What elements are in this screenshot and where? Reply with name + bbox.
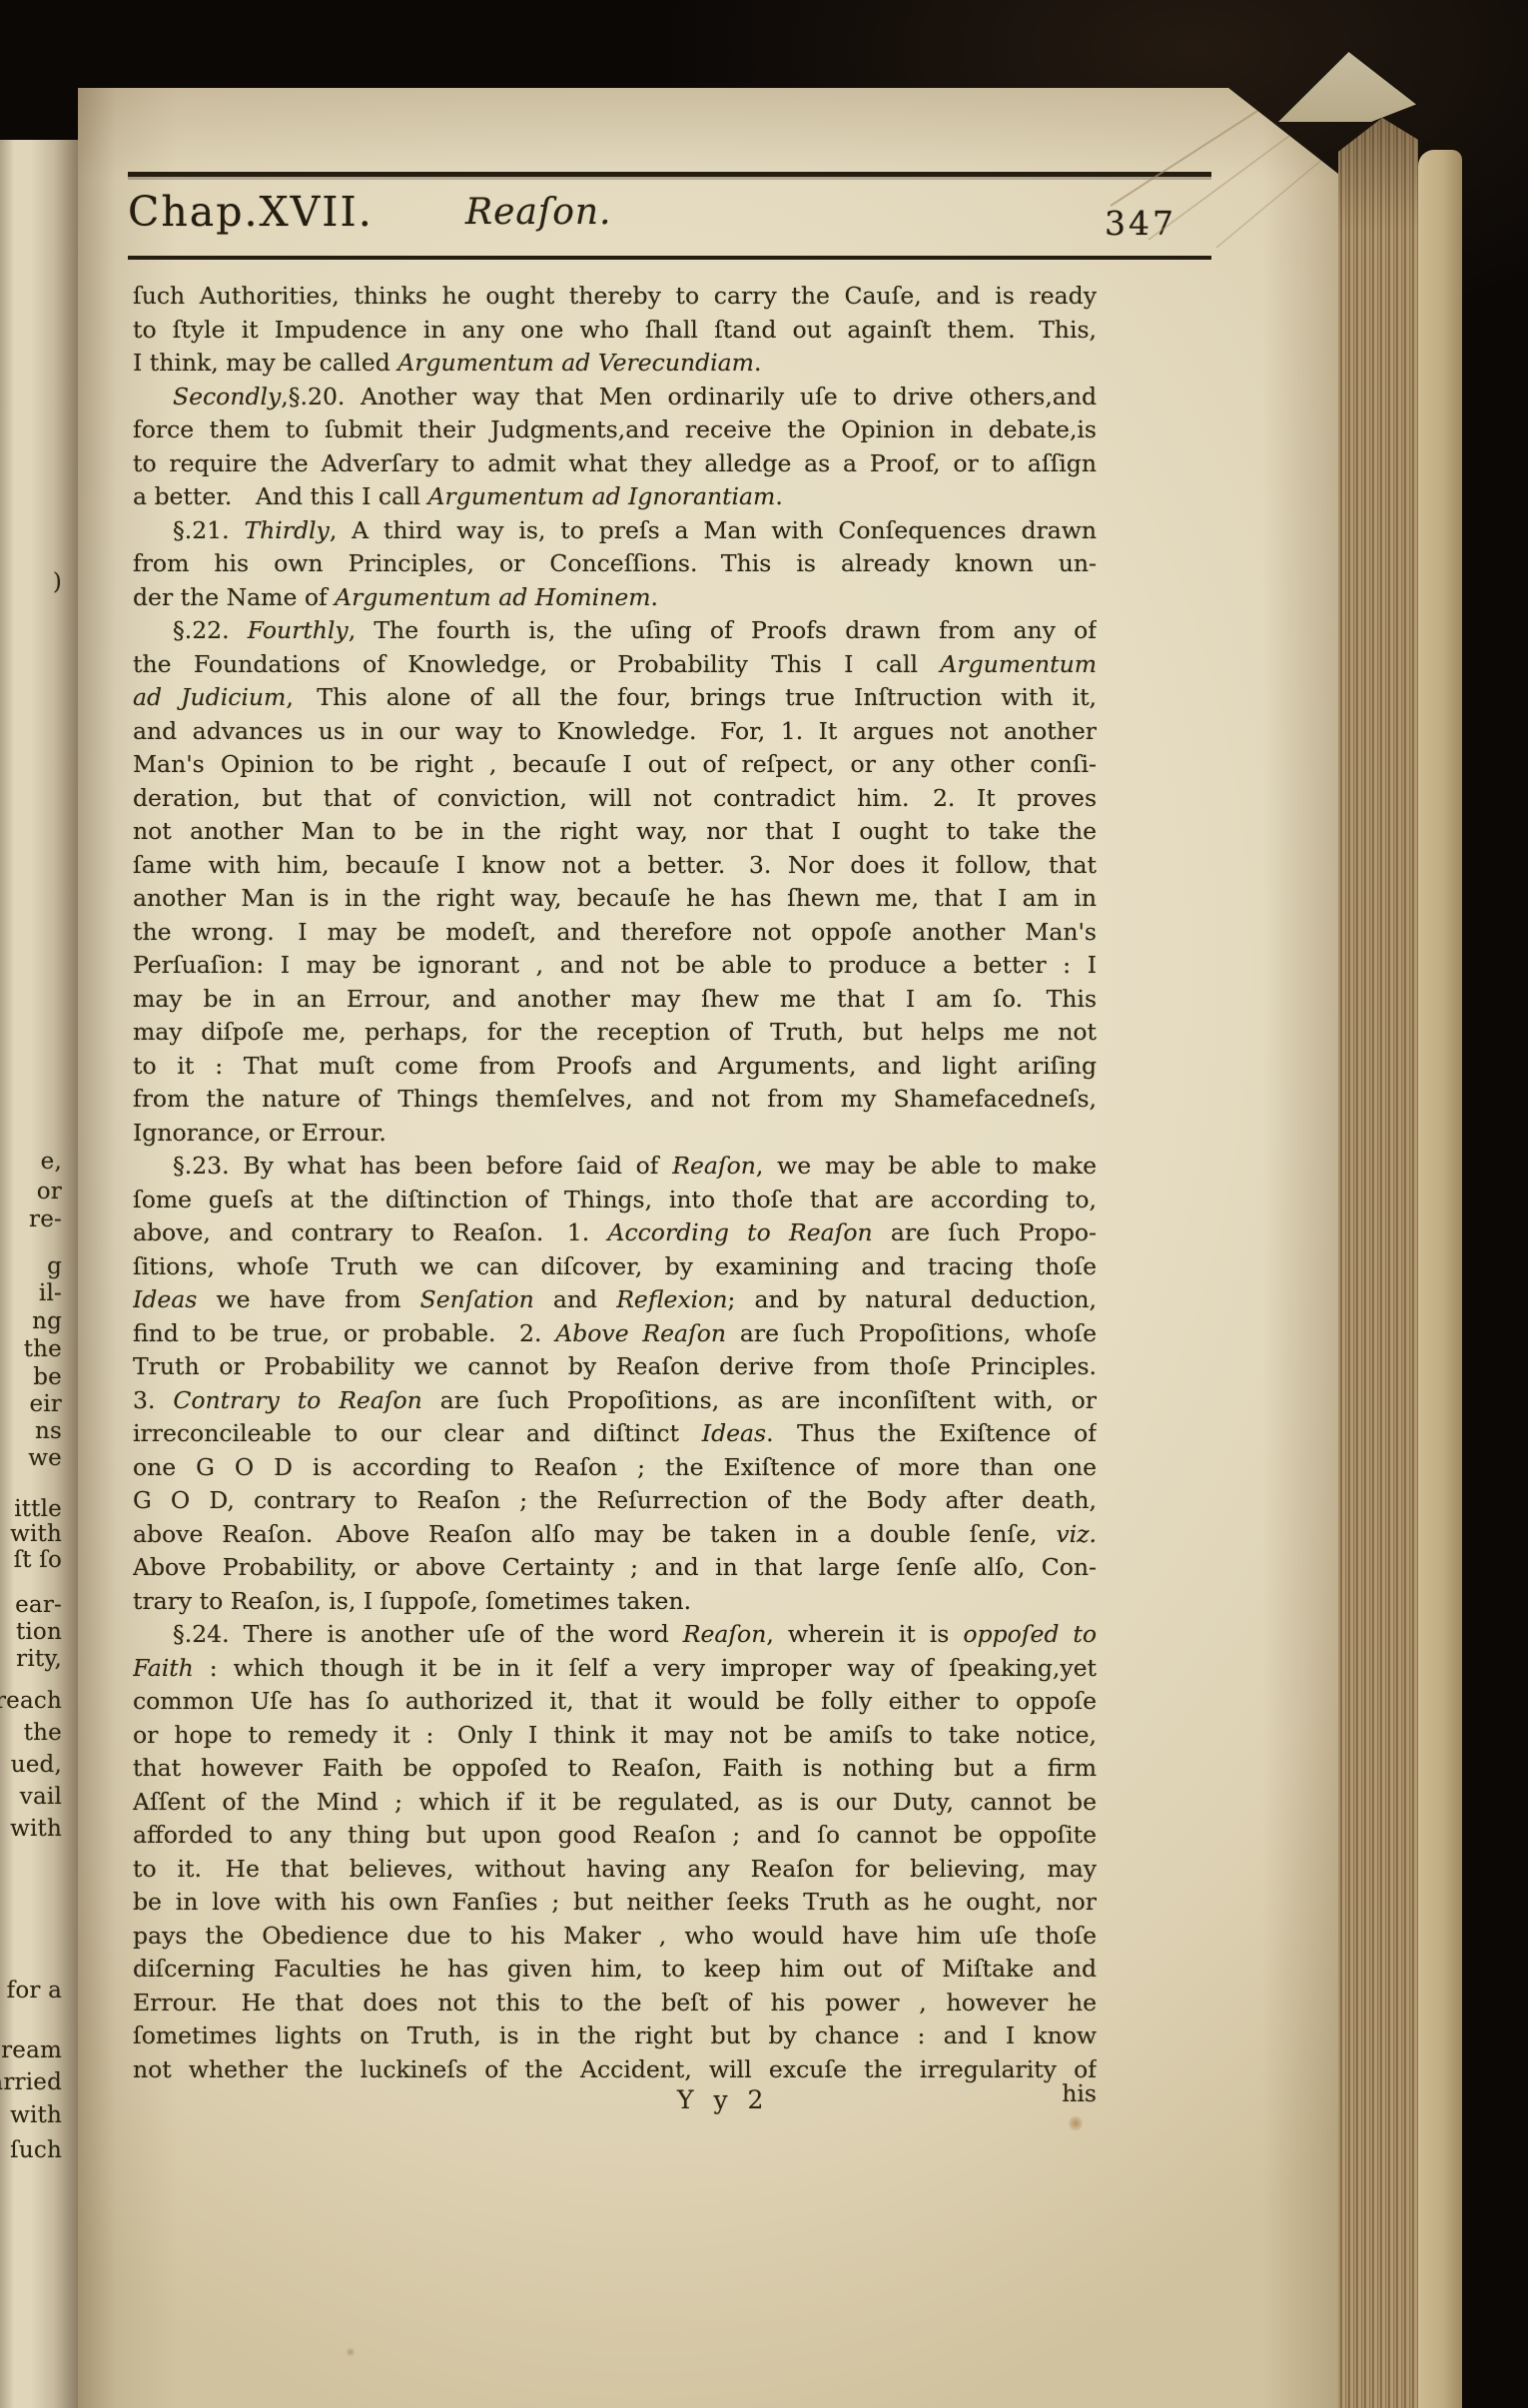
text-line: §.21. Thirdly, A third way is, to preſs … [133,514,1097,548]
margin-fragment: ng [32,1308,62,1334]
margin-fragment: eir [29,1391,62,1417]
text-line: to it. He that believes, without having … [133,1853,1097,1887]
text-line: Man's Opinion to be right , becauſe I ou… [133,748,1097,782]
text-line: ſitions, whoſe Truth we can diſcover, by… [133,1250,1097,1284]
text-line: from the nature of Things themſelves, an… [133,1083,1097,1117]
margin-fragment: reach [0,1688,62,1714]
text-line: above Reaſon. Above Reaſon alſo may be t… [133,1518,1097,1552]
margin-fragment: ear- [15,1592,62,1618]
margin-fragment: rity, [16,1646,62,1672]
text-line: Ignorance, or Errour. [133,1117,1097,1151]
text-line: trary to Reaſon, is, I ſuppoſe, ſometime… [133,1585,1097,1619]
text-line: diſcerning Faculties he has given him, t… [133,1953,1097,1987]
text-line: a better. And this I call Argumentum ad … [133,480,1097,514]
text-line: Faith : which though it be in it ſelf a … [133,1652,1097,1686]
text-line: and advances us in our way to Knowledge.… [133,715,1097,749]
margin-fragment: we [28,1445,62,1471]
margin-fragment: vail [20,1784,62,1810]
margin-fragment: ſuch [10,2137,62,2163]
text-line: or hope to remedy it : Only I think it m… [133,1719,1097,1753]
margin-fragment: e, [41,1149,62,1175]
chapter-heading: Chap.XVII. [128,188,374,236]
text-line: to ſtyle it Impudence in any one who ſha… [133,314,1097,348]
catchword: his [977,2079,1097,2107]
margin-fragment: with [10,1816,62,1842]
margin-fragment: the [24,1336,62,1362]
margin-fragment: arried [0,2069,62,2095]
text-line: pays the Obedience due to his Maker , wh… [133,1920,1097,1954]
text-line: 3. Contrary to Reaſon are ſuch Propoſiti… [133,1384,1097,1418]
text-line: I think, may be called Argumentum ad Ver… [133,347,1097,381]
text-line: ſometimes lights on Truth, is in the rig… [133,2019,1097,2053]
text-line: ſame with him, becauſe I know not a bett… [133,849,1097,883]
margin-fragment: with [10,2102,62,2128]
text-line: the Foundations of Knowledge, or Probabi… [133,648,1097,682]
ink-stain [1069,2115,1083,2131]
book-photo: { "document": { "kind": "early-modern-bo… [0,0,1528,2408]
margin-fragment: for a [7,1978,62,2004]
text-line: irreconcileable to our clear and diſtinc… [133,1417,1097,1451]
margin-fragment: ſt ſo [14,1547,62,1573]
text-line: Perſuaſion: I may be ignorant , and not … [133,949,1097,983]
signature-mark: Y y 2 [677,2085,769,2114]
text-line: find to be true, or probable. 2. Above R… [133,1317,1097,1351]
text-line: Above Probability, or above Certainty ; … [133,1551,1097,1585]
header-rule-top [128,172,1211,177]
running-title: Reaſon. [465,192,612,233]
facing-page-edge: )e,orre-gil-ngthebeeirnsweittlewithſt ſo… [0,140,78,2408]
margin-fragment: il- [39,1280,62,1306]
page-number: 347 [1105,204,1176,243]
margin-fragment: re- [29,1206,62,1232]
text-line: ſuch Authorities, thinks he ought thereb… [133,280,1097,314]
text-line: Aſſent of the Mind ; which if it be regu… [133,1786,1097,1820]
text-line: deration, but that of conviction, will n… [133,782,1097,816]
text-line: Errour. He that does not this to the beſ… [133,1987,1097,2020]
text-line: from his own Principles, or Conceſſions.… [133,547,1097,581]
text-line: ad Judicium, This alone of all the four,… [133,681,1097,715]
text-line: may be in an Errour, and another may ſhe… [133,983,1097,1017]
margin-fragment: be [33,1364,62,1390]
text-line: §.24. There is another uſe of the word R… [133,1618,1097,1652]
text-line: Secondly,§.20. Another way that Men ordi… [133,381,1097,414]
header-rule-bottom [128,256,1211,260]
text-line: not whether the luckineſs of the Acciden… [133,2053,1097,2087]
text-line: above, and contrary to Reaſon. 1. Accord… [133,1216,1097,1250]
text-line: afforded to any thing but upon good Reaſ… [133,1819,1097,1853]
text-line: may diſpoſe me, perhaps, for the recepti… [133,1016,1097,1050]
text-line: one G O D is according to Reaſon ; the E… [133,1451,1097,1485]
margin-fragment: ittle [14,1496,62,1522]
text-line: G O D, contrary to Reaſon ; the Reſurrec… [133,1484,1097,1518]
margin-fragment: with [10,1521,62,1547]
margin-fragment: ) [53,569,62,595]
text-line: §.22. Fourthly, The fourth is, the uſing… [133,614,1097,648]
text-line: Ideas we have from Senſation and Reflexi… [133,1283,1097,1317]
text-block: ſuch Authorities, thinks he ought thereb… [133,280,1097,2086]
text-line: that however Faith be oppoſed to Reaſon,… [133,1752,1097,1786]
margin-fragment: the [24,1720,62,1746]
page-corner-tip [1266,52,1416,122]
margin-fragment: ns [35,1418,62,1444]
margin-fragment: or [37,1179,62,1204]
margin-fragment: tion [16,1619,62,1645]
margin-fragment: g [47,1253,62,1279]
margin-fragment: ream [1,2037,62,2063]
protruding-page-edge [1418,150,1462,2408]
ink-stain [346,2347,356,2357]
text-line: be in love with his own Fanſies ; but ne… [133,1886,1097,1920]
book-page: Chap.XVII. Reaſon. 347 ſuch Authorities,… [78,88,1338,2408]
text-line: force them to ſubmit their Judgments,and… [133,413,1097,447]
text-line: another Man is in the right way, becauſe… [133,882,1097,916]
text-line: not another Man to be in the right way, … [133,815,1097,849]
text-line: to require the Adverſary to admit what t… [133,447,1097,481]
text-line: the wrong. I may be modeſt, and therefor… [133,916,1097,950]
text-line: ſome gueſs at the diſtinction of Things,… [133,1184,1097,1217]
margin-fragment: ued, [11,1752,62,1778]
text-line: to it : That muſt come from Proofs and A… [133,1050,1097,1084]
text-line: der the Name of Argumentum ad Hominem. [133,581,1097,615]
fore-edge-pages [1338,118,1418,2408]
text-line: Truth or Probability we cannot by Reaſon… [133,1350,1097,1384]
text-line: §.23. By what has been before ſaid of Re… [133,1150,1097,1184]
text-line: common Uſe has ſo authorized it, that it… [133,1685,1097,1719]
